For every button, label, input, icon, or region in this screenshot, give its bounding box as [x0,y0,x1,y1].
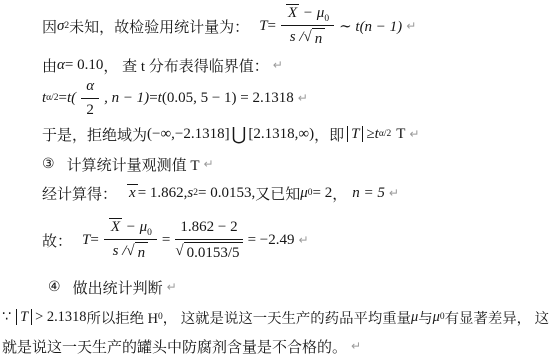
circled-3-icon: ③ [42,156,55,172]
text-run: 故： [42,230,72,251]
mu-symbol: μ [411,309,418,326]
fraction-denominator: s / √n [290,26,326,49]
mu-symbol: μ [300,185,308,202]
paragraph-mark-icon: ↵ [299,233,309,247]
s-over: s / [290,28,304,47]
radical-icon: √ [126,242,134,261]
radicand: n [135,242,149,263]
para-observed-value: 故： T = X − μ0 s / √n = 1.862 − 2 √0.0153… [0,208,555,272]
para-step3-heading: ③ 计算统计量观测值 T ↵ [0,150,555,178]
fraction-numerator: α [81,77,99,99]
t-function-open: t( [67,90,76,107]
fraction-denominator: s / √n [113,240,149,263]
mu0-value: = 2 [313,185,333,202]
T-symbol: T [259,18,267,35]
interval-left: (−∞,−2.1318] [147,126,230,143]
para-alpha-lookup: 由 α = 0.10 ， 查 t 分布表得临界值： ↵ [0,52,555,78]
para-statistic-definition: 因 σ 2 未知，故检验用统计量为： T = X − μ0 s / √n ∼ t… [0,0,555,52]
equals-sign: = [268,18,276,35]
paragraph-mark-icon: ↵ [273,58,283,72]
s-over: s / [113,242,127,261]
text-run: 所以拒绝 H [86,307,158,328]
text-run: ， 这就是说这一天生产的药品平均重量 [163,307,411,328]
union-icon: ⋃ [232,124,247,145]
text-run: ， [332,183,347,204]
because-icon: ∵ [2,309,11,325]
equals-sign: = [149,90,157,107]
paragraph-mark-icon: ↵ [167,280,177,294]
mu-subscript: 0 [147,228,152,238]
result-value: = −2.49 [248,232,295,249]
text-run: ，即 [314,124,344,145]
document-canvas[interactable]: 因 σ 2 未知，故检验用统计量为： T = X − μ0 s / √n ∼ t… [0,0,555,361]
text-run: 又已知 [255,183,300,204]
text-run: 有显著差异， 这 [445,307,549,328]
trailing-T: T [396,126,405,143]
interval-right: [2.1318,∞) [248,126,314,143]
mu-symbol: μ [433,309,440,326]
t-function-args: , n − 1) [104,90,149,107]
mu-subscript: 0 [324,14,329,24]
paragraph-mark-icon: ↵ [351,339,361,353]
abs-bar-icon [31,309,32,325]
equals-sign: = [162,232,170,249]
paragraph-mark-icon: ↵ [406,19,416,33]
equals-sign: = [59,90,67,107]
radical-icon: √ [304,28,312,47]
alpha-symbol: α [57,57,65,74]
X-symbol: X [288,5,297,21]
x-overline: X [109,218,122,236]
radicand: n [312,28,326,49]
minus-mu: − μ [122,219,147,235]
fraction-statistic: X − μ0 s / √n [104,218,157,263]
text-run: 经计算得： [42,183,117,204]
comparison-value: > 2.1318 [35,309,86,326]
minus-mu: − μ [299,5,324,21]
paragraph-mark-icon: ↵ [298,91,308,105]
text-run: 因 [42,16,57,37]
paragraph-mark-icon: ↵ [389,186,399,200]
square-root: √n [126,242,148,263]
abs-bar-icon [347,126,348,142]
para-rejection-region: 于是，拒绝域为 (−∞,−2.1318] ⋃ [2.1318,∞) ，即 T ≥… [0,118,555,150]
radicand: 0.0153/5 [184,242,243,263]
text-run: 就是说这一天生产的罐头中防腐剂含量是不合格的。 [2,336,347,357]
para-computed-values: 经计算得： x = 1.862, s 2 = 0.0153, 又已知 μ 0 =… [0,178,555,208]
geq-sign: ≥ [366,126,374,143]
circled-4-icon: ④ [48,279,61,295]
distribution-tail: ∼ t(n − 1) [339,17,402,36]
s2-value: = 0.0153, [198,185,255,202]
square-root: √n [304,28,326,49]
fraction-denominator: √0.0153/5 [175,240,242,263]
text-run: 未知，故检验用统计量为： [69,16,249,37]
paragraph-mark-icon: ↵ [409,127,419,141]
para-step4-heading: ④ 做出统计判断 ↵ [0,272,555,302]
para-critical-value: t α/2 = t( α 2 , n − 1) = t (0.05, 5 − 1… [0,78,555,118]
fraction-statistic: X − μ0 s / √n [281,4,334,49]
alpha-value: = 0.10 [65,57,103,74]
para-conclusion-line1: ∵ T > 2.1318 所以拒绝 H 0 ， 这就是说这一天生产的药品平均重量… [0,302,555,332]
x-symbol: x [129,185,136,201]
fraction-numerator: 1.862 − 2 [175,218,242,240]
equals-sign: = [90,232,98,249]
x-overline: x [127,184,138,202]
text-run: 做出统计判断 [73,277,163,298]
square-root: √0.0153/5 [175,242,242,263]
sigma-symbol: σ [57,18,64,35]
alpha-half-fraction: α 2 [81,77,99,120]
x-overline: X [286,4,299,22]
text-run: 与 [418,307,432,328]
fraction-numeric: 1.862 − 2 √0.0153/5 [175,218,242,263]
text-run: 于是，拒绝域为 [42,124,147,145]
T-symbol: T [351,126,359,143]
text-run: 由 [42,55,57,76]
n-value: n = 5 [352,185,385,202]
X-symbol: X [111,219,120,235]
paragraph-mark-icon: ↵ [203,157,213,171]
fraction-numerator: X − μ0 [281,4,334,26]
abs-bar-icon [16,309,17,325]
critical-value-result: (0.05, 5 − 1) = 2.1318 [162,90,294,107]
abs-bar-icon [362,126,363,142]
para-conclusion-line2: 就是说这一天生产的罐头中防腐剂含量是不合格的。 ↵ [0,332,555,360]
text-run: 计算统计量观测值 T [67,154,200,175]
fraction-numerator: X − μ0 [104,218,157,240]
text-run: ， 查 t 分布表得临界值： [103,55,268,76]
T-symbol: T [82,232,90,249]
T-symbol: T [20,309,28,326]
radical-icon: √ [175,242,183,261]
fraction-denominator: 2 [86,99,94,120]
xbar-value: = 1.862, [138,185,188,202]
